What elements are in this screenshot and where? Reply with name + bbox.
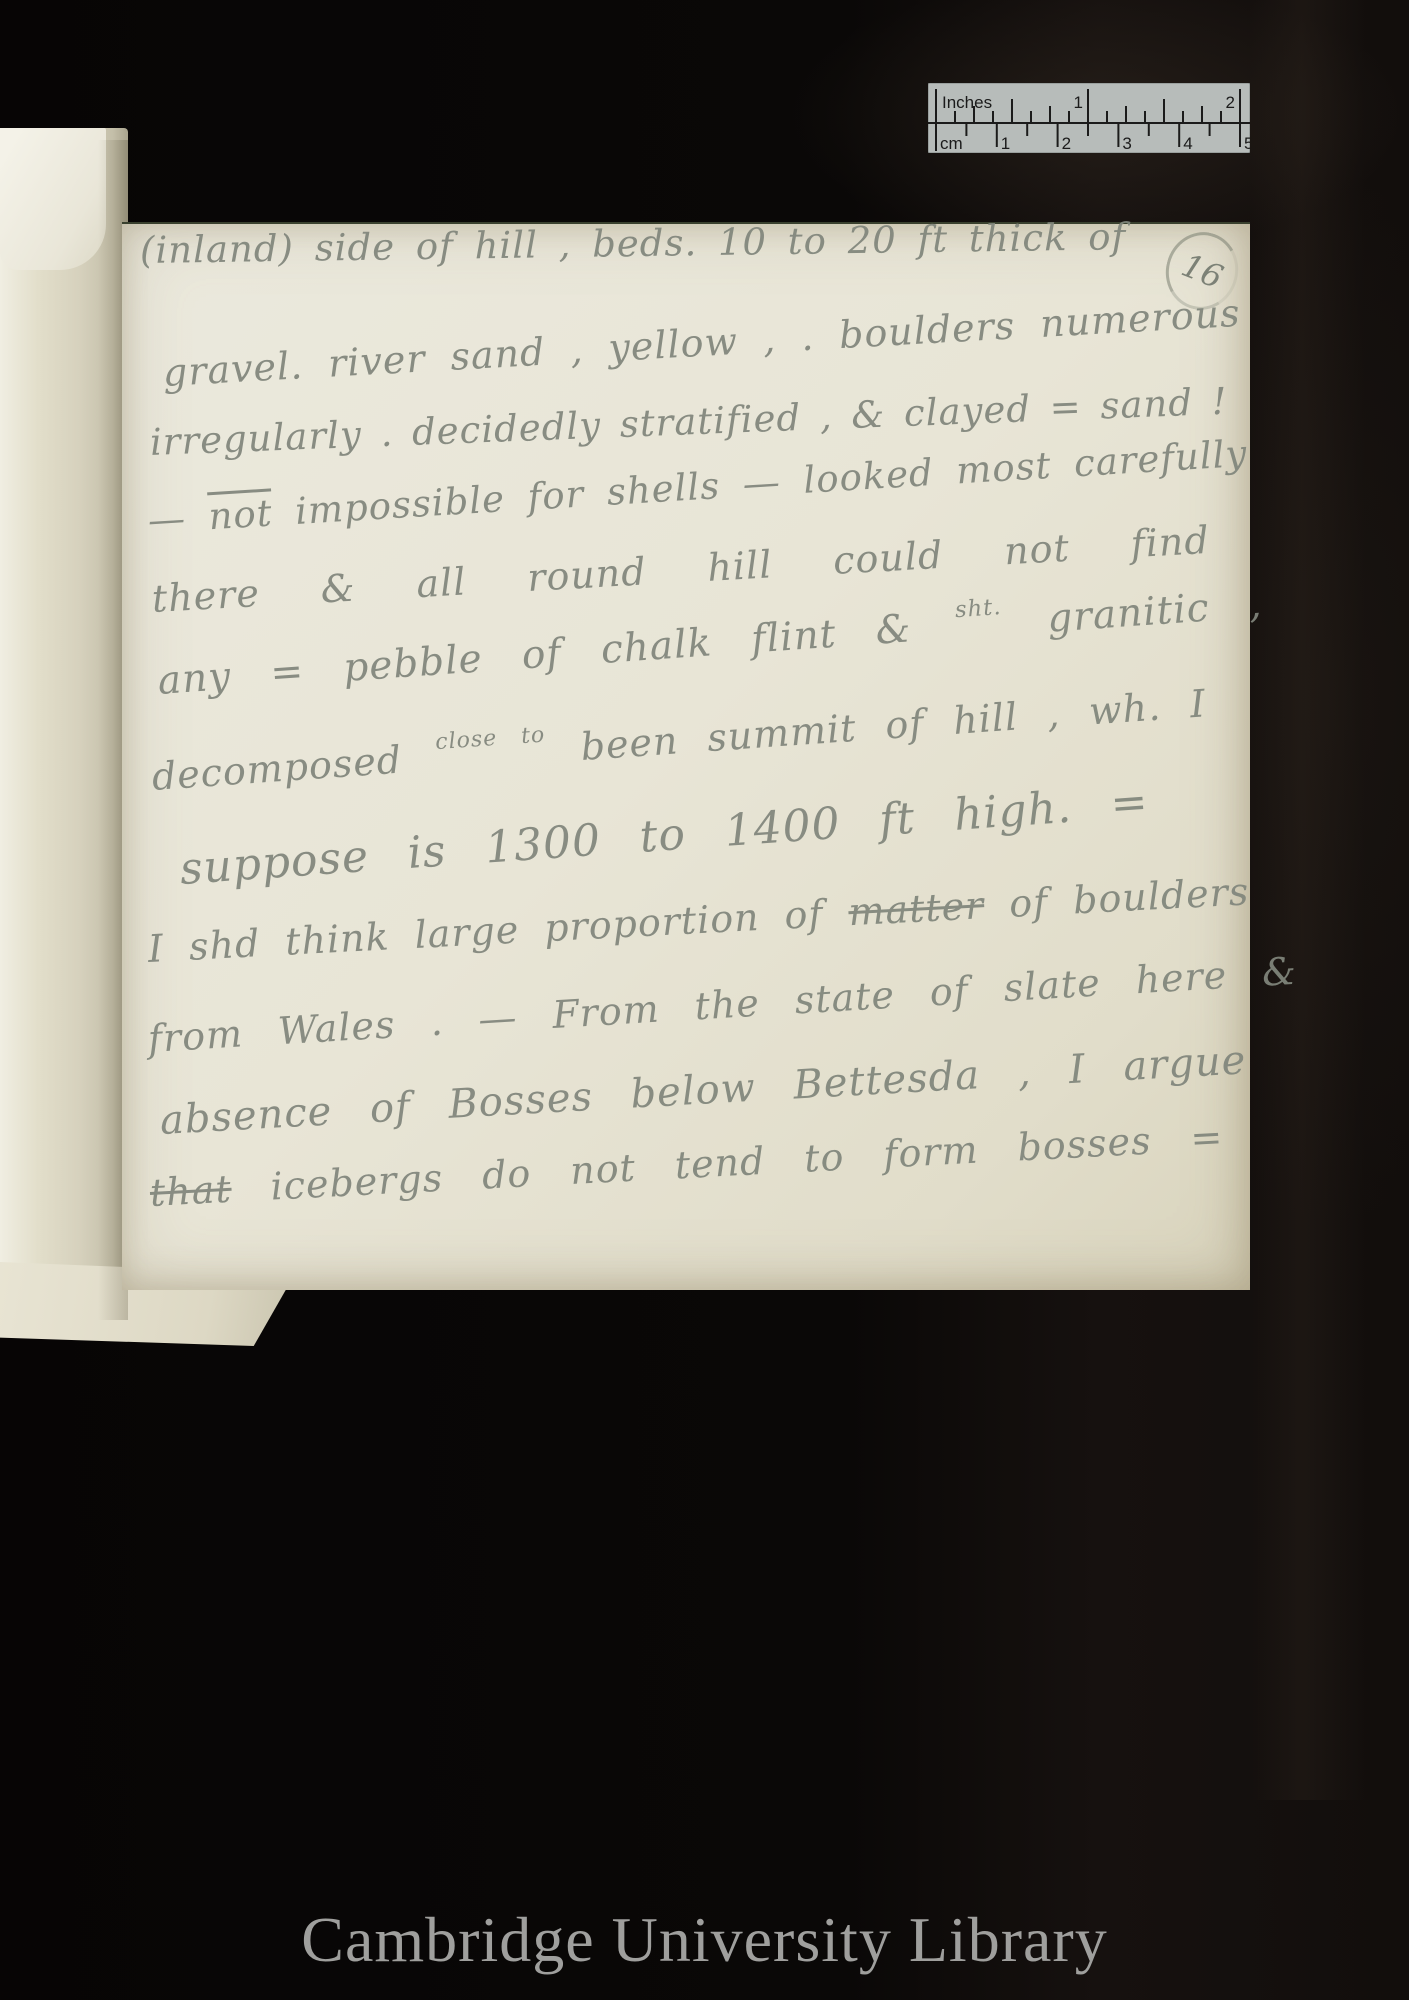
library-caption: Cambridge University Library xyxy=(0,1903,1409,1977)
manuscript-segment: decomposed xyxy=(150,736,432,799)
manuscript-segment: close to xyxy=(434,723,546,756)
scale-ruler: Inches cm 1212345 xyxy=(928,83,1250,153)
manuscript-line-7: decomposed close to been summit of hill … xyxy=(150,682,1207,799)
manuscript-segment: of boulders xyxy=(983,869,1250,927)
manuscript-segment: (inland) side of hill , beds. 10 to 20 f… xyxy=(140,215,1127,272)
manuscript-segment: I shd think large proportion of xyxy=(147,890,850,971)
manuscript-line-2: gravel. river sand , yellow , . boulders… xyxy=(162,292,1242,396)
manuscript-segment: suppose is 1300 to 1400 ft high. = xyxy=(178,776,1150,895)
manuscript-line-1: (inland) side of hill , beds. 10 to 20 f… xyxy=(140,216,1127,272)
manuscript-segment: been summit of hill , wh. I xyxy=(550,681,1207,771)
manuscript-text: (inland) side of hill , beds. 10 to 20 f… xyxy=(0,0,1409,2000)
manuscript-line-8: suppose is 1300 to 1400 ft high. = xyxy=(178,777,1150,895)
manuscript-segment: not xyxy=(207,491,273,538)
manuscript-segment: any = pebble of chalk flint & xyxy=(156,604,952,704)
ruler-inches-label: Inches xyxy=(942,93,992,112)
ruler-numeral: 5 xyxy=(1244,134,1250,153)
ruler-numeral: 3 xyxy=(1122,134,1131,153)
manuscript-segment: sht. xyxy=(954,594,1002,623)
ruler-cm-label: cm xyxy=(940,134,963,153)
manuscript-segment: — xyxy=(147,495,210,542)
manuscript-segment: matter xyxy=(847,883,985,934)
manuscript-segment: gravel. river sand , yellow , . boulders… xyxy=(162,291,1242,395)
ruler-numeral: 4 xyxy=(1183,134,1192,153)
manuscript-segment: granitic , xyxy=(1007,582,1264,645)
ruler-numeral: 2 xyxy=(1062,134,1071,153)
ruler-numeral: 1 xyxy=(1074,93,1083,112)
ruler-numeral: 2 xyxy=(1226,93,1235,112)
manuscript-segment: that xyxy=(149,1167,233,1215)
ruler-numeral: 1 xyxy=(1001,134,1010,153)
